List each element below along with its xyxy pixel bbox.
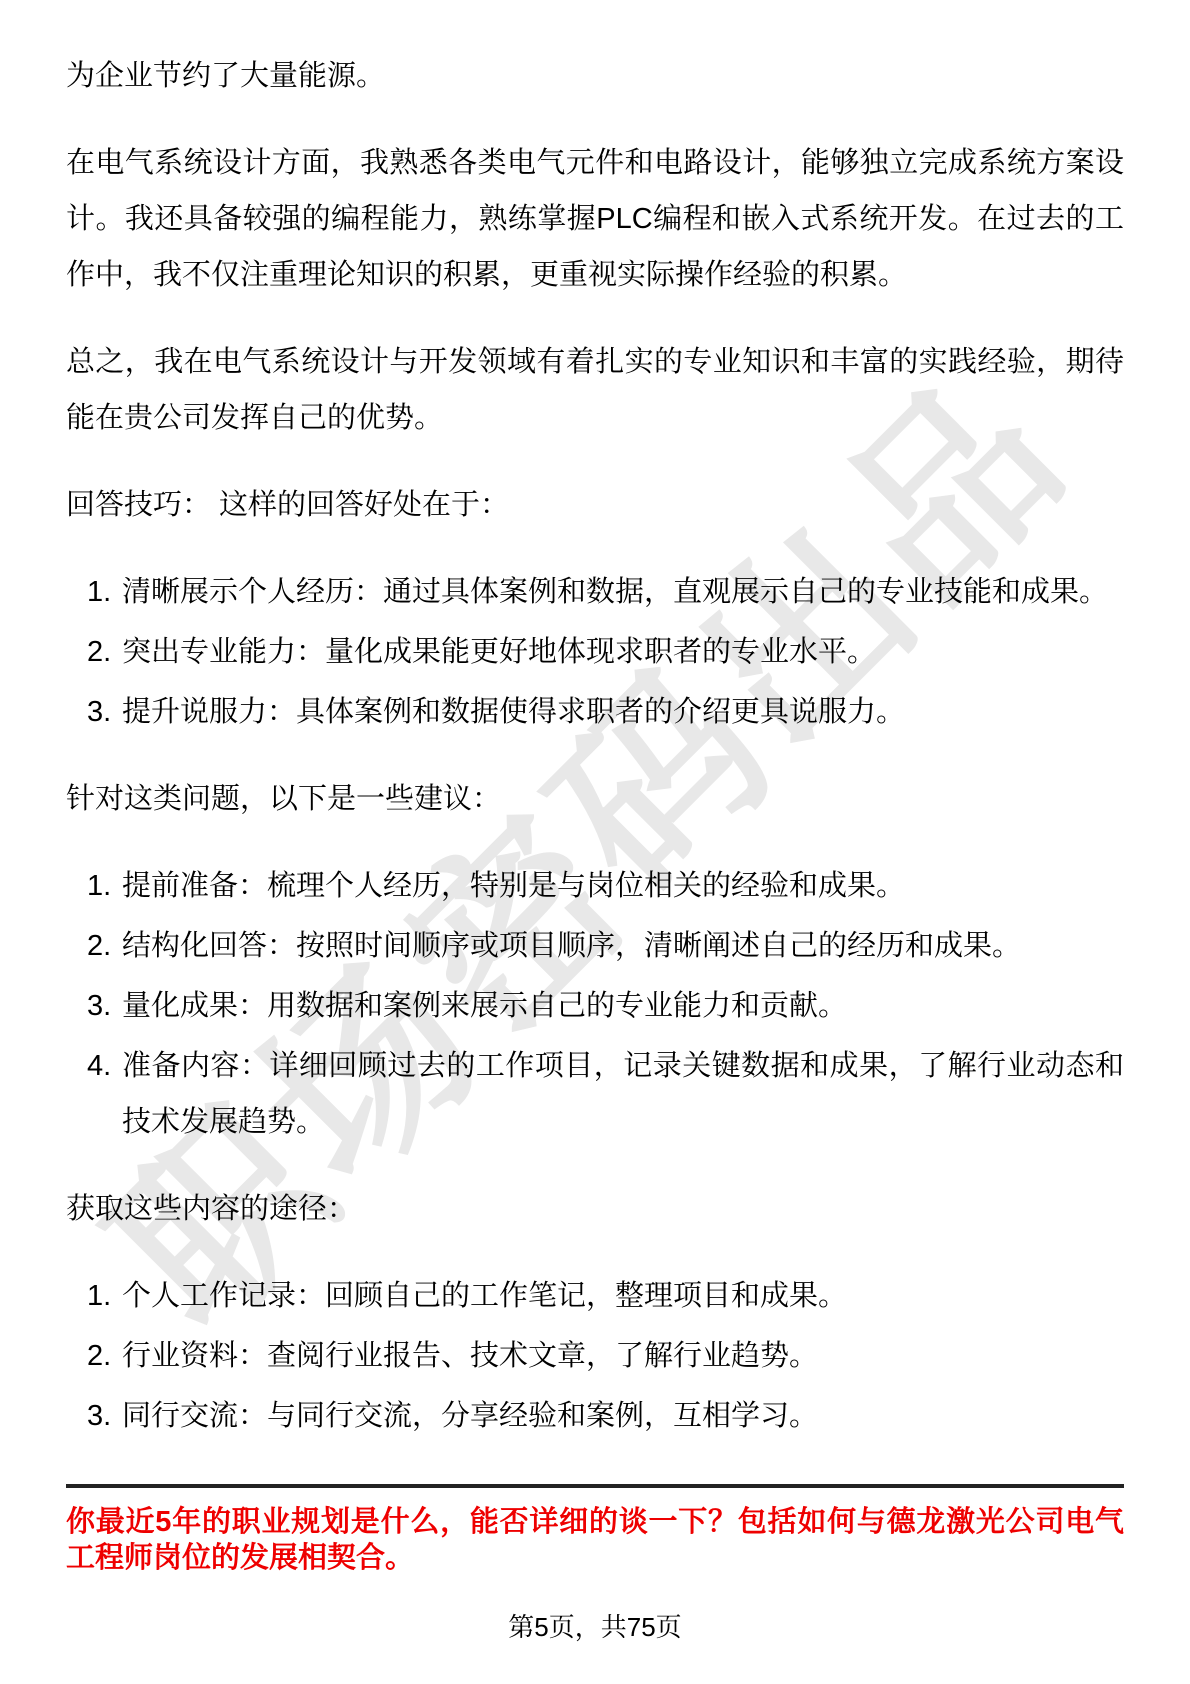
- list-item-number: 3.: [87, 978, 111, 1034]
- next-question-text: 你最近5年的职业规划是什么，能否详细的谈一下？包括如何与德龙激光公司电气工程师岗…: [66, 1504, 1124, 1576]
- list-item-text: 提升说服力：具体案例和数据使得求职者的介绍更具说服力。: [122, 696, 905, 728]
- list-item-number: 2.: [87, 1328, 111, 1384]
- list-item-number: 1.: [87, 564, 111, 620]
- document-page: 职场密码出品 为企业节约了大量能源。 在电气系统设计方面，我熟悉各类电气元件和电…: [0, 0, 1190, 1684]
- list-item: 3. 同行交流：与同行交流，分享经验和案例，互相学习。: [66, 1388, 1124, 1444]
- list-item: 1. 提前准备：梳理个人经历，特别是与岗位相关的经验和成果。: [66, 858, 1124, 914]
- list-item: 3. 量化成果：用数据和案例来展示自己的专业能力和贡献。: [66, 978, 1124, 1034]
- list-item-number: 1.: [87, 1268, 111, 1324]
- heading-answer-tips: 回答技巧： 这样的回答好处在于：: [66, 477, 1124, 533]
- paragraph-summary: 总之，我在电气系统设计与开发领域有着扎实的专业知识和丰富的实践经验，期待能在贵公…: [66, 334, 1124, 446]
- benefits-list: 1. 清晰展示个人经历：通过具体案例和数据，直观展示自己的专业技能和成果。 2.…: [66, 564, 1124, 740]
- list-item: 2. 突出专业能力：量化成果能更好地体现求职者的专业水平。: [66, 624, 1124, 680]
- list-item: 4. 准备内容：详细回顾过去的工作项目，记录关键数据和成果，了解行业动态和技术发…: [66, 1038, 1124, 1150]
- list-item: 1. 个人工作记录：回顾自己的工作笔记，整理项目和成果。: [66, 1268, 1124, 1324]
- list-item-number: 1.: [87, 858, 111, 914]
- list-item-text: 行业资料：查阅行业报告、技术文章，了解行业趋势。: [122, 1340, 818, 1372]
- list-item-text: 准备内容：详细回顾过去的工作项目，记录关键数据和成果，了解行业动态和技术发展趋势…: [122, 1050, 1124, 1138]
- list-item-text: 结构化回答：按照时间顺序或项目顺序，清晰阐述自己的经历和成果。: [122, 930, 1021, 962]
- paragraph-energy-saving: 为企业节约了大量能源。: [66, 48, 1124, 104]
- list-item-text: 量化成果：用数据和案例来展示自己的专业能力和贡献。: [122, 990, 847, 1022]
- suggestions-list: 1. 提前准备：梳理个人经历，特别是与岗位相关的经验和成果。 2. 结构化回答：…: [66, 858, 1124, 1150]
- list-item-text: 清晰展示个人经历：通过具体案例和数据，直观展示自己的专业技能和成果。: [122, 576, 1108, 608]
- list-item-number: 4.: [87, 1038, 111, 1094]
- page-content: 为企业节约了大量能源。 在电气系统设计方面，我熟悉各类电气元件和电路设计，能够独…: [0, 0, 1190, 1642]
- section-divider: [66, 1484, 1124, 1488]
- list-item-text: 突出专业能力：量化成果能更好地体现求职者的专业水平。: [122, 636, 876, 668]
- list-item-number: 2.: [87, 918, 111, 974]
- list-item: 2. 行业资料：查阅行业报告、技术文章，了解行业趋势。: [66, 1328, 1124, 1384]
- heading-suggestions: 针对这类问题，以下是一些建议：: [66, 771, 1124, 827]
- list-item-text: 同行交流：与同行交流，分享经验和案例，互相学习。: [122, 1400, 818, 1432]
- paragraph-electrical-design: 在电气系统设计方面，我熟悉各类电气元件和电路设计，能够独立完成系统方案设计。我还…: [66, 135, 1124, 303]
- list-item: 2. 结构化回答：按照时间顺序或项目顺序，清晰阐述自己的经历和成果。: [66, 918, 1124, 974]
- list-item-text: 提前准备：梳理个人经历，特别是与岗位相关的经验和成果。: [122, 870, 905, 902]
- list-item-text: 个人工作记录：回顾自己的工作笔记，整理项目和成果。: [122, 1280, 847, 1312]
- channels-list: 1. 个人工作记录：回顾自己的工作笔记，整理项目和成果。 2. 行业资料：查阅行…: [66, 1268, 1124, 1444]
- list-item: 1. 清晰展示个人经历：通过具体案例和数据，直观展示自己的专业技能和成果。: [66, 564, 1124, 620]
- list-item: 3. 提升说服力：具体案例和数据使得求职者的介绍更具说服力。: [66, 684, 1124, 740]
- list-item-number: 2.: [87, 624, 111, 680]
- page-footer: 第5页，共75页: [66, 1612, 1124, 1642]
- list-item-number: 3.: [87, 684, 111, 740]
- heading-channels: 获取这些内容的途径：: [66, 1181, 1124, 1237]
- list-item-number: 3.: [87, 1388, 111, 1444]
